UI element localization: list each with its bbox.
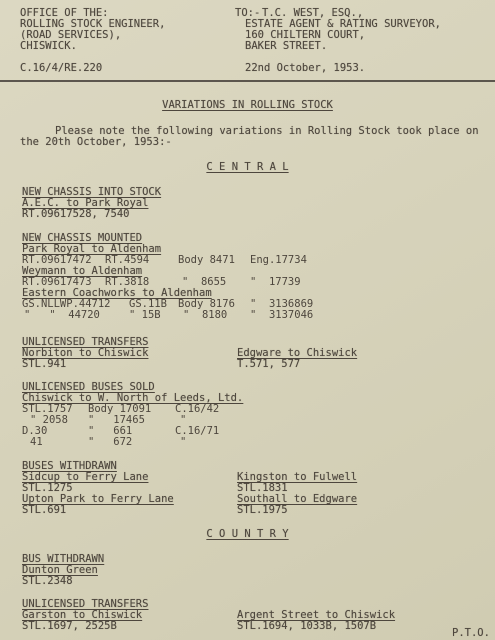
engine-cell: " 3137046 — [250, 310, 313, 321]
fleet-cell: 41 — [30, 437, 43, 448]
memo-page: OFFICE OF THE: ROLLING STOCK ENGINEER, (… — [0, 0, 495, 640]
fleet-numbers: STL.941 — [22, 359, 66, 370]
fleet-numbers: STL.691 — [22, 505, 66, 516]
region-heading-central: C E N T R A L — [0, 162, 495, 173]
recipient-line: BAKER STREET. — [245, 41, 327, 52]
pto-label: P.T.O. — [452, 628, 490, 639]
fleet-numbers: STL.2348 — [22, 576, 73, 587]
doc-title: VARIATIONS IN ROLLING STOCK — [0, 100, 495, 111]
sender-line: CHISWICK. — [20, 41, 77, 52]
body-cell: Body 8471 — [178, 255, 235, 266]
chassis-cell: " " 44720 — [24, 310, 100, 321]
ref-cell: " — [180, 437, 186, 448]
body-cell: " 8180 — [183, 310, 227, 321]
intro-text: the 20th October, 1953:- — [20, 137, 172, 148]
engine-cell: Eng.17734 — [250, 255, 307, 266]
fleet-numbers: T.571, 577 — [237, 359, 300, 370]
fleet-numbers: STL.1975 — [237, 505, 288, 516]
fleet-cell: " 15B — [129, 310, 161, 321]
date: 22nd October, 1953. — [245, 63, 365, 74]
region-heading-country: C O U N T R Y — [0, 529, 495, 540]
fleet-numbers: STL.1694, 1033B, 1507B — [237, 621, 376, 632]
fleet-numbers: STL.1697, 2525B — [22, 621, 117, 632]
engine-cell: " 17739 — [250, 277, 301, 288]
reference-number: C.16/4/RE.220 — [20, 63, 102, 74]
body-cell: " 672 — [88, 437, 132, 448]
divider — [0, 80, 495, 82]
fleet-numbers: RT.09617528, 7540 — [22, 209, 129, 220]
